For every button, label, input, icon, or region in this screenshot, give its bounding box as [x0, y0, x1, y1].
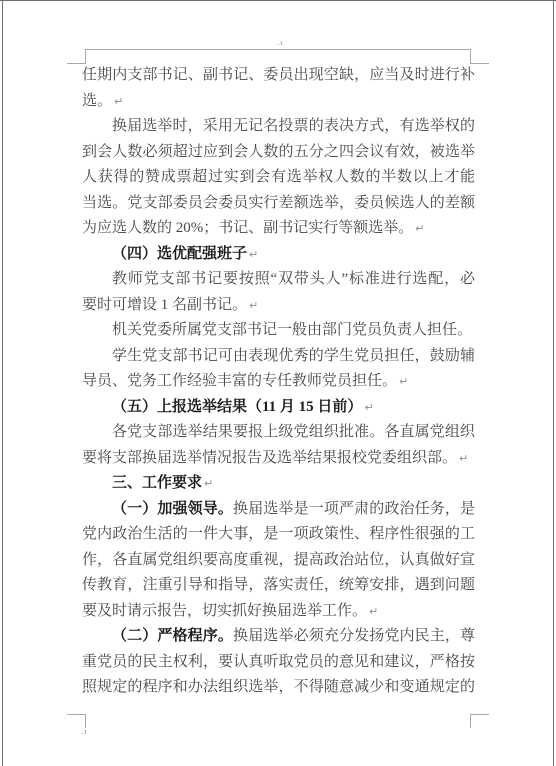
body-text: 各党支部选举结果要报上级党组织批准。各直属党组织: [112, 424, 475, 440]
heading-text: （四）选优配强班子: [112, 246, 247, 262]
body-text: 换届选举时，采用无记名投票的表决方式，有选举权的: [112, 118, 475, 134]
text-boundary-mark-bottom-left: [85, 714, 86, 728]
text-line[interactable]: （四）选优配强班子↵: [82, 242, 475, 268]
text-line[interactable]: 要及时请示报告，切实抓好换届选举工作。↵: [82, 599, 475, 625]
text-boundary-mark-bottom-right: [470, 714, 489, 715]
text-line[interactable]: 作，各直属党组织要高度重视，提高政治站位，认真做好宣: [82, 548, 475, 574]
body-text: 教师党支部书记要按照“双带头人”标准进行选配，必: [112, 271, 475, 287]
text-line[interactable]: 教师党支部书记要按照“双带头人”标准进行选配，必: [82, 267, 475, 293]
text-line[interactable]: 党内政治生活的一件大事，是一项政策性、程序性很强的工: [82, 522, 475, 548]
text-line[interactable]: 要将支部换届选举情况报告及选举结果报校党委组织部。↵: [82, 446, 475, 472]
body-text: 重党员的民主权利，要认真听取党员的意见和建议，严格按: [82, 654, 475, 670]
body-text: 传教育，注重引导和指导，落实责任，统筹安排，遇到问题: [82, 577, 475, 593]
text-boundary-top-line: [85, 49, 470, 50]
text-line[interactable]: 照规定的程序和办法组织选举，不得随意减少和变通规定的: [82, 675, 475, 701]
paragraph-mark-icon: ↵: [204, 477, 213, 490]
text-boundary-mark-top-left: [85, 49, 86, 64]
text-line[interactable]: 人获得的赞成票超过实到会有选举权人数的半数以上才能: [82, 165, 475, 191]
text-boundary-mark-bottom-left: [67, 714, 86, 715]
body-text: 照规定的程序和办法组织选举，不得随意减少和变通规定的: [82, 679, 475, 695]
text-line[interactable]: 选。↵: [82, 89, 475, 115]
paragraph-mark-icon: ↵: [459, 452, 468, 465]
text-line[interactable]: 重党员的民主权利，要认真听取党员的意见和建议，严格按: [82, 650, 475, 676]
header-mark-icon: .ı: [277, 40, 283, 47]
text-line[interactable]: 机关党委所属党支部书记一般由部门党员负责人担任。↵: [82, 318, 475, 344]
body-text: 当选。党支部委员会委员实行差额选举，委员候选人的差额: [82, 195, 475, 211]
text-line[interactable]: 当选。党支部委员会委员实行差额选举，委员候选人的差额: [82, 191, 475, 217]
text-line[interactable]: （一）加强领导。换届选举是一项严肃的政治任务，是: [82, 497, 475, 523]
paragraph-mark-icon: ↵: [364, 401, 373, 414]
body-text: 学生党支部书记可由表现优秀的学生党员担任，鼓励辅: [112, 348, 475, 364]
footer-mark-icon: .ı: [81, 729, 87, 736]
text-line[interactable]: 三、工作要求↵: [82, 471, 475, 497]
paragraph-mark-icon: ↵: [114, 95, 123, 108]
text-boundary-mark-top-right: [470, 49, 471, 64]
body-text: 换届选举必须充分发扬党内民主，尊: [233, 628, 475, 644]
body-text: 机关党委所属党支部书记一般由部门党员负责人担任。: [112, 322, 472, 338]
body-text: 党内政治生活的一件大事，是一项政策性、程序性很强的工: [82, 526, 475, 542]
text-line[interactable]: 到会人数必须超过应到会人数的五分之四会议有效，被选举: [82, 140, 475, 166]
page-top-edge: [0, 0, 556, 1]
text-line[interactable]: 任期内支部书记、副书记、委员出现空缺，应当及时进行补: [82, 63, 475, 89]
text-line[interactable]: 要时可增设 1 名副书记。↵: [82, 293, 475, 319]
body-text: 要时可增设 1 名副书记。: [82, 297, 247, 313]
page-right-edge: [553, 0, 554, 766]
paragraph-mark-icon: ↵: [415, 222, 424, 235]
text-line[interactable]: 各党支部选举结果要报上级党组织批准。各直属党组织: [82, 420, 475, 446]
body-text: 换届选举是一项严肃的政治任务，是: [233, 501, 475, 517]
text-line[interactable]: （五）上报选举结果（11 月 15 日前）↵: [82, 395, 475, 421]
paragraph-mark-icon: ↵: [399, 375, 408, 388]
body-text: 导员、党务工作经验丰富的专任教师党员担任。: [82, 373, 397, 389]
heading-text: （五）上报选举结果（11 月 15 日前）: [112, 399, 362, 415]
body-text: 要将支部换届选举情况报告及选举结果报校党委组织部。: [82, 450, 457, 466]
text-boundary-mark-bottom-right: [470, 714, 471, 728]
body-text: 选。: [82, 93, 112, 109]
heading-text: （二）严格程序。: [112, 628, 233, 644]
text-line[interactable]: 换届选举时，采用无记名投票的表决方式，有选举权的: [82, 114, 475, 140]
text-area[interactable]: 任期内支部书记、副书记、委员出现空缺，应当及时进行补选。↵换届选举时，采用无记名…: [82, 63, 475, 701]
body-text: 为应选人数的 20%；书记、副书记实行等额选举。: [82, 220, 413, 236]
text-line[interactable]: 导员、党务工作经验丰富的专任教师党员担任。↵: [82, 369, 475, 395]
heading-text: 三、工作要求: [112, 475, 202, 491]
body-text: 要及时请示报告，切实抓好换届选举工作。: [82, 603, 367, 619]
text-line[interactable]: 学生党支部书记可由表现优秀的学生党员担任，鼓励辅: [82, 344, 475, 370]
body-text: 作，各直属党组织要高度重视，提高政治站位，认真做好宣: [82, 552, 475, 568]
document-page[interactable]: .ı .ı 任期内支部书记、副书记、委员出现空缺，应当及时进行补选。↵换届选举时…: [0, 0, 556, 766]
paragraph-mark-icon: ↵: [249, 248, 258, 261]
paragraph-mark-icon: ↵: [369, 605, 378, 618]
body-text: 人获得的赞成票超过实到会有选举权人数的半数以上才能: [82, 169, 475, 185]
paragraph-mark-icon: ↵: [249, 299, 258, 312]
text-line[interactable]: （二）严格程序。换届选举必须充分发扬党内民主，尊: [82, 624, 475, 650]
page-left-edge: [2, 0, 3, 766]
body-text: 任期内支部书记、副书记、委员出现空缺，应当及时进行补: [82, 67, 475, 83]
text-line[interactable]: 传教育，注重引导和指导，落实责任，统筹安排，遇到问题: [82, 573, 475, 599]
text-line[interactable]: 为应选人数的 20%；书记、副书记实行等额选举。↵: [82, 216, 475, 242]
body-text: 到会人数必须超过应到会人数的五分之四会议有效，被选举: [82, 144, 475, 160]
heading-text: （一）加强领导。: [112, 501, 233, 517]
